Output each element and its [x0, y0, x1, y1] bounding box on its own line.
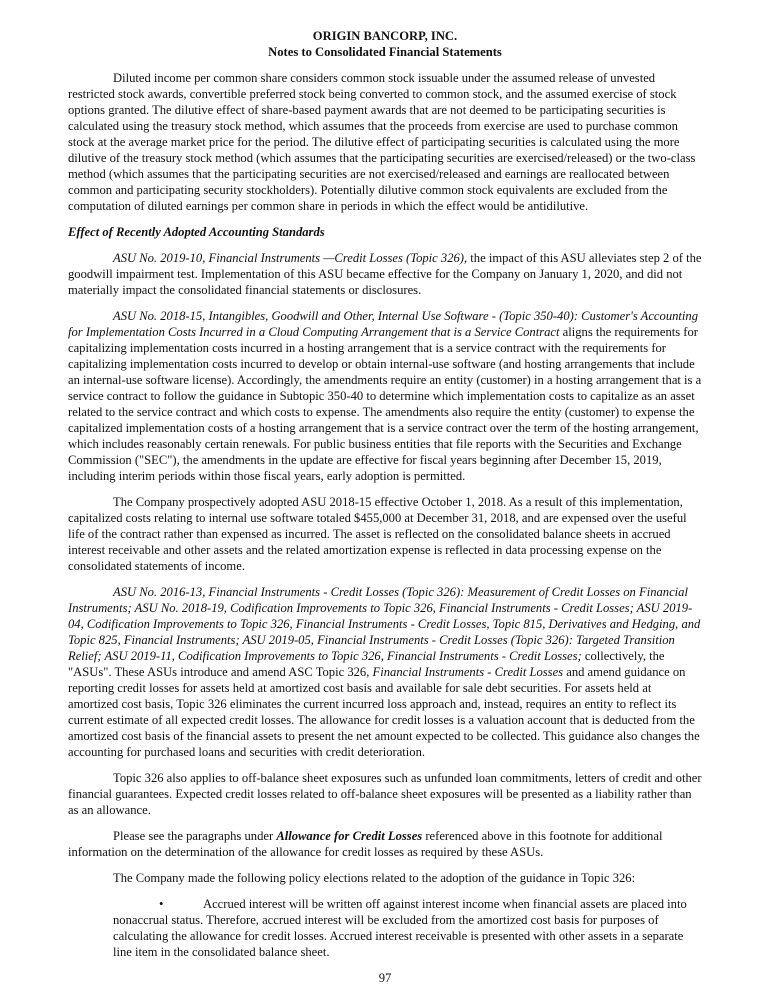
paragraph-asu-2018-15: ASU No. 2018-15, Intangibles, Goodwill a… [68, 308, 702, 484]
paragraph-text: Please see the paragraphs under [113, 829, 276, 843]
allowance-reference: Allowance for Credit Losses [276, 829, 422, 843]
asu-citation: ASU No. 2019-10, Financial Instruments —… [113, 251, 467, 265]
paragraph-diluted-income: Diluted income per common share consider… [68, 70, 702, 214]
bullet-icon: • [113, 896, 203, 912]
paragraph-asu-2019-10: ASU No. 2019-10, Financial Instruments —… [68, 250, 702, 298]
paragraph-topic-326: Topic 326 also applies to off-balance sh… [68, 770, 702, 818]
document-subtitle: Notes to Consolidated Financial Statemen… [68, 44, 702, 60]
paragraph-text: aligns the requirements for capitalizing… [68, 325, 701, 483]
topic-title: Financial Instruments - Credit Losses [373, 665, 564, 679]
paragraph-policy-elections: The Company made the following policy el… [68, 870, 702, 886]
page-number: 97 [68, 970, 702, 986]
paragraph-asu-2016-13: ASU No. 2016-13, Financial Instruments -… [68, 584, 702, 760]
paragraph-allowance-reference: Please see the paragraphs under Allowanc… [68, 828, 702, 860]
bullet-item: •Accrued interest will be written off ag… [68, 896, 702, 960]
paragraph-adoption-2018-15: The Company prospectively adopted ASU 20… [68, 494, 702, 574]
section-heading: Effect of Recently Adopted Accounting St… [68, 224, 702, 240]
company-name: ORIGIN BANCORP, INC. [68, 28, 702, 44]
document-page: ORIGIN BANCORP, INC. Notes to Consolidat… [68, 28, 702, 986]
paragraph-text: and amend guidance on reporting credit l… [68, 665, 700, 759]
